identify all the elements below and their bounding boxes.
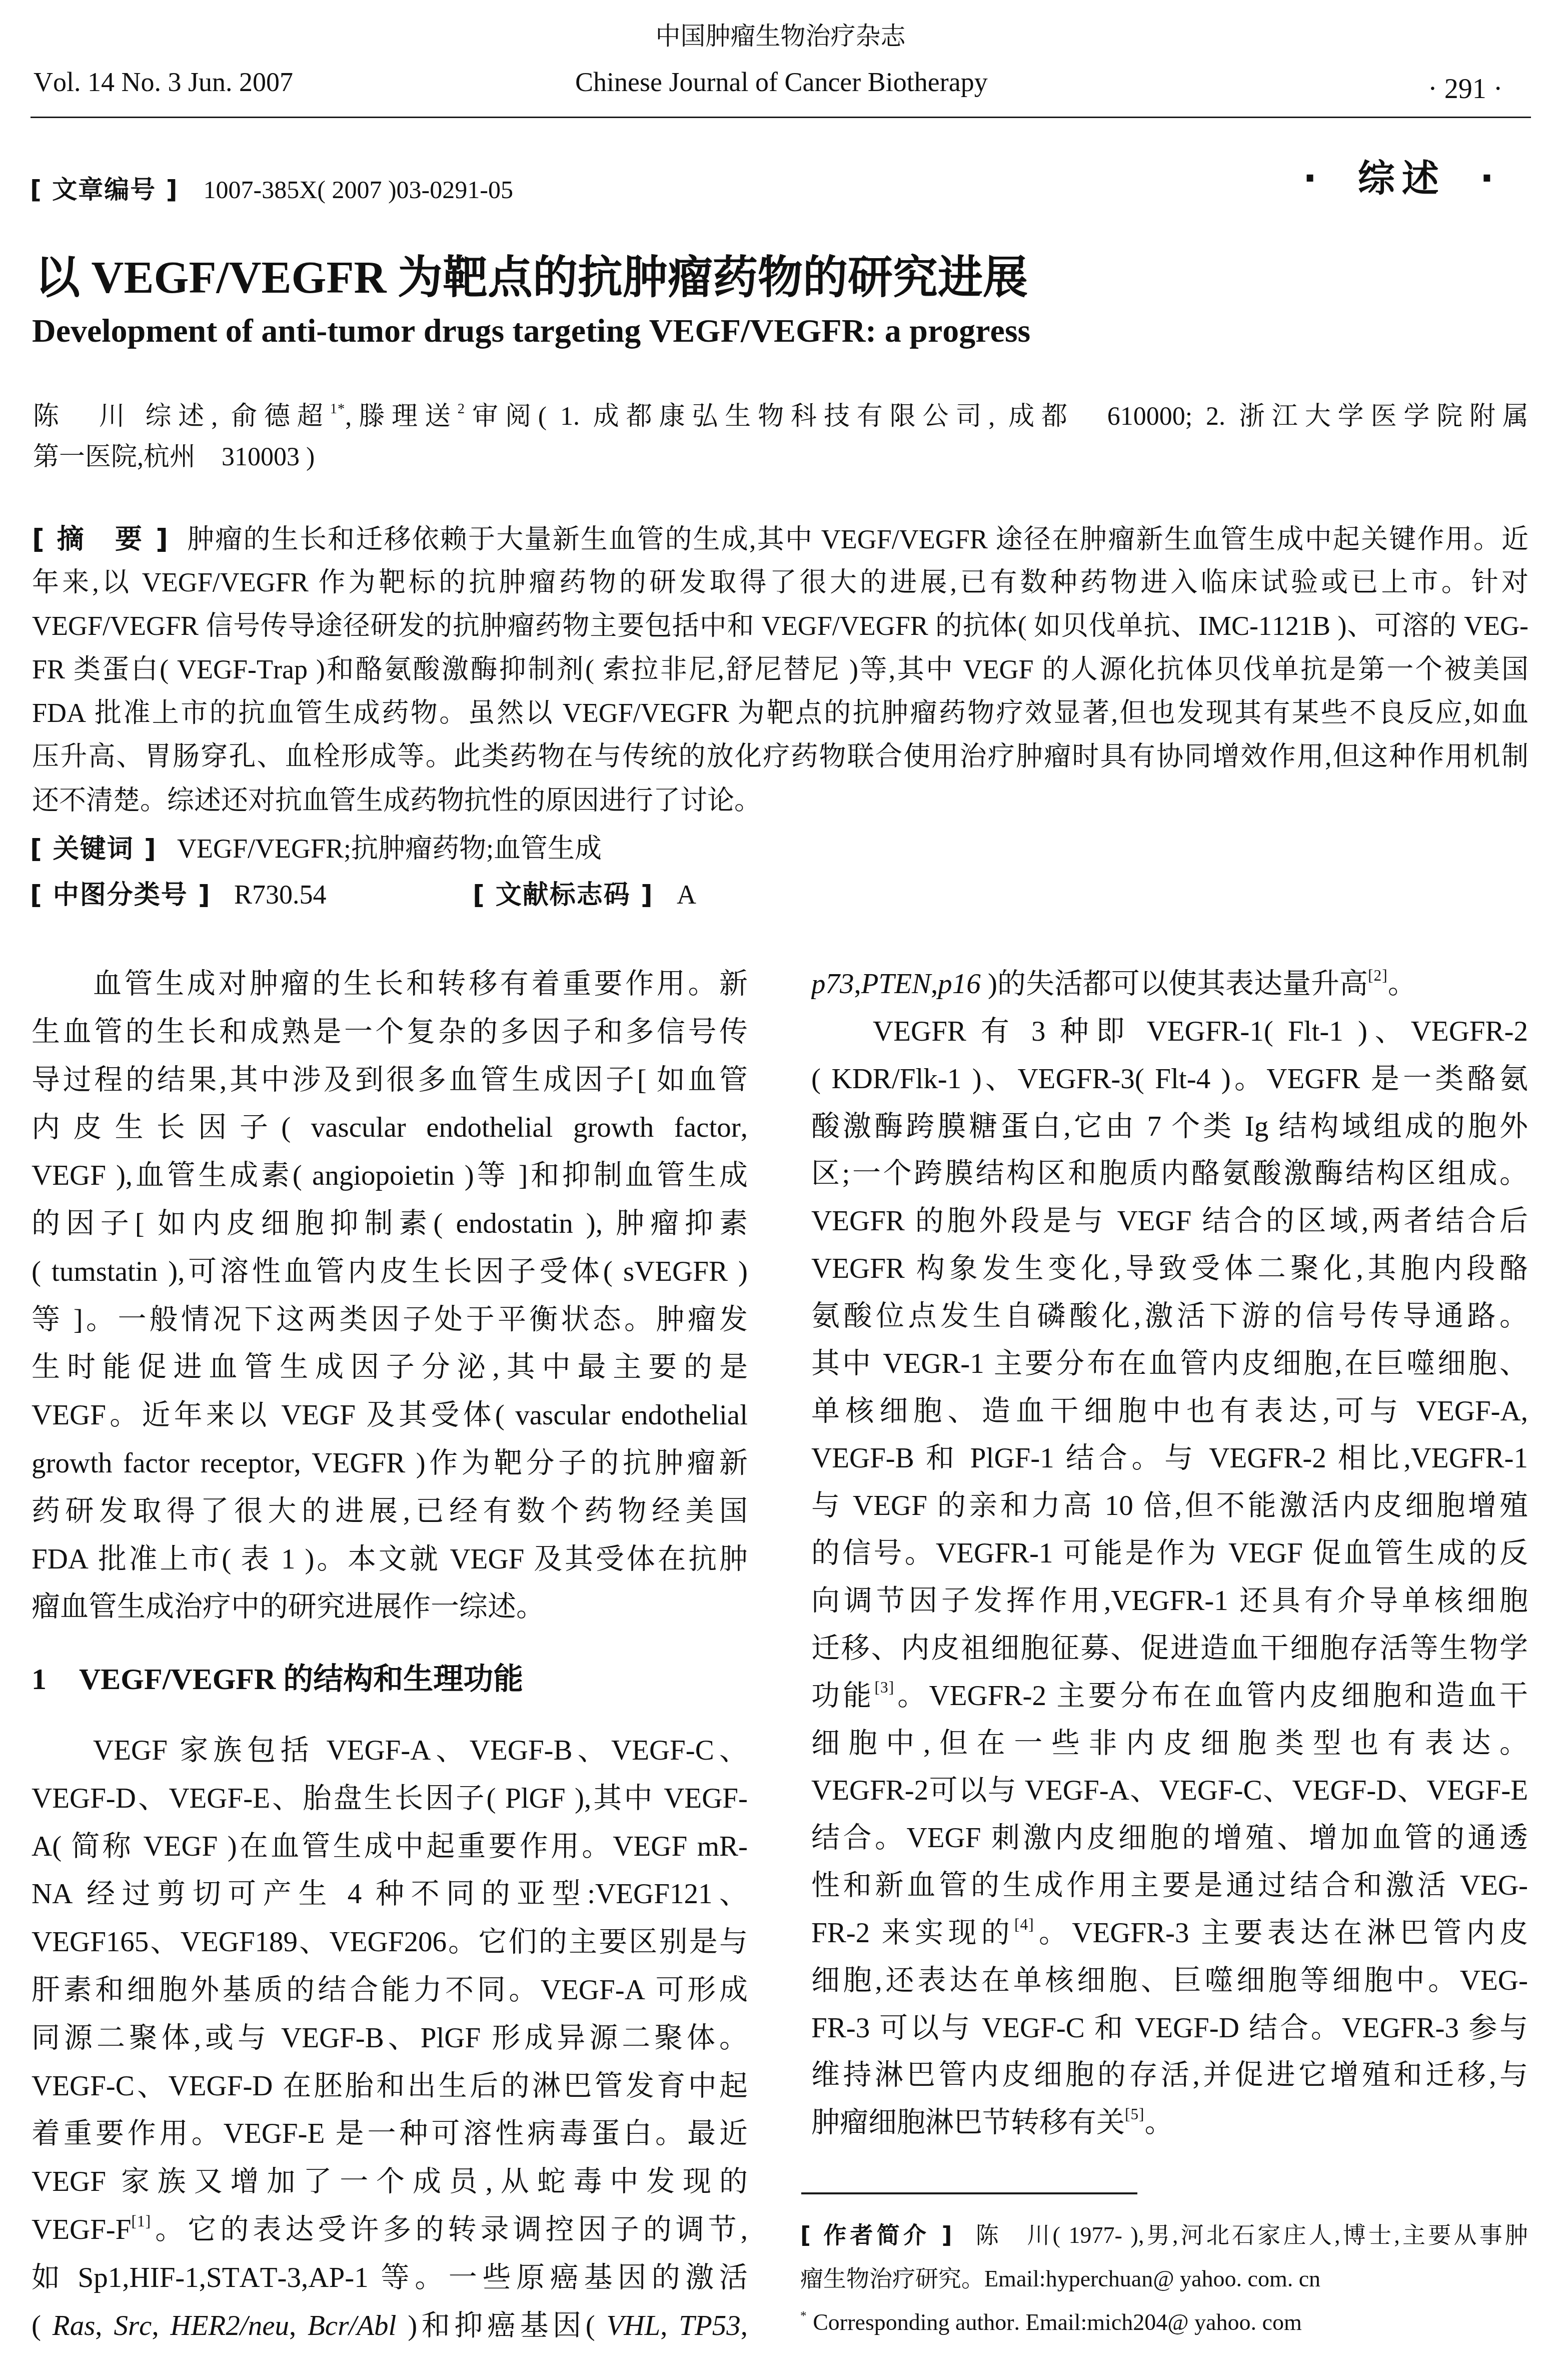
text-segment: 。 (1145, 2107, 1173, 2138)
article-number-value: 1007-385X( 2007 )03-0291-05 (204, 176, 513, 204)
gene-name: VHL (606, 2310, 660, 2341)
text-segment: , (152, 2310, 170, 2341)
text-segment: , (660, 2310, 679, 2341)
text-segment: 。VEGFR-3 主要表达在淋巴管内皮 (1034, 1917, 1528, 1949)
body-line: 与 VEGF 的亲和力高 10 倍,但不能激活内皮细胞增殖 (811, 1482, 1528, 1530)
author-line: 陈 川 综述, 俞德超1*,滕理送2审阅( 1. 成都康弘生物科技有限公司, 成… (33, 396, 1528, 437)
body-line: VEGF 家族又增加了一个成员,从蛇毒中发现的 (32, 2158, 748, 2206)
body-line: VEGF ),血管生成素( angiopoietin )等 ]和抑制血管生成 (32, 1152, 748, 1200)
text-segment: )的失活都可以使其表达量升高 (981, 968, 1368, 1000)
author-bio-label: [ 作者简介 ] (800, 2221, 953, 2248)
body-line: 同源二聚体,或与 VEGF-B、PlGF 形成异源二聚体。 (32, 2014, 748, 2062)
text-segment: FR-2 来实现的 (811, 1917, 1014, 1949)
body-left-paragraph-2: VEGF 家族包括 VEGF-A、VEGF-B、VEGF-C、 VEGF-D、V… (32, 1727, 748, 2349)
abstract-line: [ 摘 要 ]肿瘤的生长和迁移依赖于大量新生血管的生成,其中 VEGF/VEGF… (32, 517, 1528, 561)
author-affiliations: 陈 川 综述, 俞德超1*,滕理送2审阅( 1. 成都康弘生物科技有限公司, 成… (33, 396, 1528, 477)
body-line: 血管生成对肿瘤的生长和转移有着重要作用。新 (32, 960, 748, 1008)
author-text: ,滕理送 (345, 402, 458, 431)
abstract-line: 压升高、胃肠穿孔、血栓形成等。此类药物在与传统的放化疗药物联合使用治疗肿瘤时具有… (32, 735, 1528, 778)
body-line: FR-2 来实现的[4]。VEGFR-3 主要表达在淋巴管内皮 (811, 1910, 1528, 1957)
gene-name: Src (114, 2310, 152, 2341)
body-line: 维持淋巴管内皮细胞的存活,并促进它增殖和迁移,与 (811, 2052, 1528, 2099)
body-line: 着重要作用。VEGF-E 是一种可溶性病毒蛋白。最近 (32, 2110, 748, 2158)
body-line: 如 Sp1,HIF-1,STAT-3,AP-1 等。一些原癌基因的激活 (32, 2254, 748, 2302)
body-line: VEGF。近年来以 VEGF 及其受体( vascular endothelia… (32, 1391, 748, 1439)
classification: [ 中图分类号 ]R730.54[ 文献标志码 ]A (30, 872, 696, 918)
journal-name-en: Chinese Journal of Cancer Biotherapy (575, 67, 988, 97)
page-number: · 291 · (1428, 74, 1502, 104)
text-segment: 肿瘤细胞淋巴节转移有关 (811, 2107, 1125, 2138)
author-bio-text: 陈 川( 1977- ),男,河北石家庄人,博士,主要从事肿 (973, 2222, 1528, 2248)
body-line: VEGFR-2可以与 VEGF-A、VEGF-C、VEGF-D、VEGF-E (811, 1767, 1528, 1815)
body-line: VEGFR 的胞外段是与 VEGF 结合的区域,两者结合后 (811, 1198, 1528, 1245)
section-title: VEGF/VEGFR 的结构和生理功能 (79, 1663, 523, 1696)
citation-ref: [4] (1014, 1916, 1034, 1933)
body-left-paragraph-1: 血管生成对肿瘤的生长和转移有着重要作用。新 生血管的生长和成熟是一个复杂的多因子… (32, 960, 748, 1631)
body-line: VEGF-B 和 PlGF-1 结合。与 VEGFR-2 相比,VEGFR-1 (811, 1435, 1528, 1482)
abstract-text: 肿瘤的生长和迁移依赖于大量新生血管的生成,其中 VEGF/VEGFR 途径在肿瘤… (186, 524, 1528, 554)
body-line: VEGF-D、VEGF-E、胎盘生长因子( PlGF ),其中 VEGF- (32, 1775, 748, 1823)
body-line: 结合。VEGF 刺激内皮细胞的增殖、增加血管的通透 (811, 1815, 1528, 1862)
abstract-line: 年来,以 VEGF/VEGFR 作为靶标的抗肿瘤药物的研发取得了很大的进展,已有… (32, 561, 1528, 604)
gene-name: PTEN (861, 968, 931, 1000)
text-segment: , (741, 2310, 748, 2341)
abstract-line: FR 类蛋白( VEGF-Trap )和酪氨酸激酶抑制剂( 索拉非尼,舒尼替尼 … (32, 648, 1528, 691)
page-subtitle-en: Development of anti-tumor drugs targetin… (32, 311, 1030, 351)
clc-label: [ 中图分类号 ] (30, 873, 234, 918)
body-line: 其中 VEGR-1 主要分布在血管内皮细胞,在巨噬细胞、 (811, 1340, 1528, 1388)
body-line: VEGFR 有 3 种即 VEGFR-1( Flt-1 )、VEGFR-2 (811, 1008, 1528, 1056)
body-line: growth factor receptor, VEGFR )作为靶分子的抗肿瘤… (32, 1439, 748, 1487)
article-number-label: [ 文章编号 ] (30, 175, 179, 204)
body-right-column: p73,PTEN,p16 )的失活都可以使其表达量升高[2]。 VEGFR 有 … (811, 961, 1528, 2147)
body-line: 氨酸位点发生自磷酸化,激活下游的信号传导通路。 (811, 1293, 1528, 1340)
body-line: 肝素和细胞外基质的结合能力不同。VEGF-A 可形成 (32, 1966, 748, 2014)
body-line: 向调节因子发挥作用,VEGFR-1 还具有介导单核细胞 (811, 1577, 1528, 1625)
page-title: 以 VEGF/VEGFR 为靶点的抗肿瘤药物的研究进展 (35, 253, 1028, 303)
citation-ref: [2] (1368, 967, 1388, 984)
text-segment: VEGF-F (32, 2214, 132, 2245)
author-text: 陈 川 综述, 俞德超 (33, 402, 330, 431)
body-line: VEGF165、VEGF189、VEGF206。它们的主要区别是与 (32, 1918, 748, 1966)
body-line: VEGF-F[1]。它的表达受许多的转录调控因子的调节, (32, 2206, 748, 2254)
citation-ref: [5] (1125, 2105, 1145, 2123)
author-text: 审阅( 1. 成都康弘生物科技有限公司, 成都 610000; 2. 浙江大学医… (465, 402, 1528, 431)
footnote-line: [ 作者简介 ]陈 川( 1977- ),男,河北石家庄人,博士,主要从事肿 (800, 2213, 1528, 2257)
body-line: VEGF-C、VEGF-D 在胚胎和出生后的淋巴管发育中起 (32, 2062, 748, 2110)
body-line: 内皮生长因子( vascular endothelial growth fact… (32, 1104, 748, 1152)
abstract-line: VEGF/VEGFR 信号传导途径研发的抗肿瘤药物主要包括中和 VEGF/VEG… (32, 604, 1528, 648)
text-segment: , (854, 968, 861, 1000)
doc-code-value: A (677, 880, 696, 910)
body-line: ( Ras, Src, HER2/neu, Bcr/Abl )和抑癌基因( VH… (32, 2302, 748, 2350)
clc-value: R730.54 (234, 872, 473, 917)
gene-name: p73 (811, 968, 854, 1000)
body-line: 的因子[ 如内皮细胞抑制素( endostatin ), 肿瘤抑素 (32, 1200, 748, 1248)
gene-name: TP53 (679, 2310, 741, 2341)
body-line: 生血管的生长和成熟是一个复杂的多因子和多信号传 (32, 1008, 748, 1056)
corresponding-mark: * (800, 2309, 807, 2323)
body-line: 功能[3]。VEGFR-2 主要分布在血管内皮细胞和造血干 (811, 1673, 1528, 1720)
keywords-label: [ 关键词 ] (30, 827, 177, 872)
body-line: 肿瘤细胞淋巴节转移有关[5]。 (811, 2099, 1528, 2147)
gene-name: HER2/neu (171, 2310, 289, 2341)
citation-ref: [3] (875, 1679, 895, 1696)
text-segment: , (931, 968, 938, 1000)
gene-name: Bcr/Abl (308, 2310, 396, 2341)
footnotes: [ 作者简介 ]陈 川( 1977- ),男,河北石家庄人,博士,主要从事肿 瘤… (800, 2213, 1528, 2344)
body-line: NA 经过剪切可产生 4 种不同的亚型:VEGF121、 (32, 1870, 748, 1918)
body-line: VEGF 家族包括 VEGF-A、VEGF-B、VEGF-C、 (32, 1727, 748, 1775)
keywords: [ 关键词 ]VEGF/VEGFR;抗肿瘤药物;血管生成 (30, 826, 602, 872)
body-line: FR-3 可以与 VEGF-C 和 VEGF-D 结合。VEGFR-3 参与 (811, 2005, 1528, 2052)
section-number: 1 (32, 1655, 79, 1703)
body-line: 生时能促进血管生成因子分泌,其中最主要的是 (32, 1343, 748, 1391)
column-tag: · 综述 · (1303, 156, 1501, 201)
body-line: 迁移、内皮祖细胞征募、促进造血干细胞存活等生物学 (811, 1625, 1528, 1673)
body-line: A( 简称 VEGF )在血管生成中起重要作用。VEGF mR- (32, 1823, 748, 1871)
section-heading: 1VEGF/VEGFR 的结构和生理功能 (32, 1655, 523, 1703)
body-line: p73,PTEN,p16 )的失活都可以使其表达量升高[2]。 (811, 961, 1528, 1008)
abstract-line: FDA 批准上市的抗血管生成药物。虽然以 VEGF/VEGFR 为靶点的抗肿瘤药… (32, 691, 1528, 735)
journal-name-cn: 中国肿瘤生物治疗杂志 (0, 21, 1561, 51)
text-segment: 。 (1388, 968, 1416, 1000)
footnote-rule (801, 2192, 1137, 2194)
text-segment: 功能 (811, 1680, 875, 1712)
doc-code-label: [ 文献标志码 ] (473, 873, 677, 918)
corresponding-author-text: Corresponding author. Email:mich204@ yah… (807, 2309, 1302, 2335)
body-line: 性和新血管的生成作用主要是通过结合和激活 VEG- (811, 1862, 1528, 1910)
gene-name: Ras (53, 2310, 96, 2341)
body-line: ( KDR/Flk-1 )、VEGFR-3( Flt-4 )。VEGFR 是一类… (811, 1056, 1528, 1103)
body-line: 区;一个跨膜结构区和胞质内酪氨酸激酶结构区组成。 (811, 1150, 1528, 1198)
body-line: VEGFR 构象发生变化,导致受体二聚化,其胞内段酪 (811, 1245, 1528, 1293)
author-line: 第一医院,杭州 310003 ) (33, 437, 1528, 477)
body-line: 细胞中,但在一些非内皮细胞类型也有表达。 (811, 1720, 1528, 1768)
body-line: 单核细胞、造血干细胞中也有表达,可与 VEGF-A, (811, 1388, 1528, 1435)
text-segment: , (95, 2310, 114, 2341)
text-segment: 。它的表达受许多的转录调控因子的调节, (151, 2214, 748, 2245)
affiliation-mark: 2 (458, 401, 465, 417)
footnote-line: 瘤生物治疗研究。Email:hyperchuan@ yahoo. com. cn (800, 2257, 1528, 2300)
affiliation-mark: 1* (330, 401, 346, 417)
gene-name: p16 (938, 968, 981, 1000)
abstract-line: 还不清楚。综述还对抗血管生成药物抗性的原因进行了讨论。 (32, 779, 1528, 823)
body-line: 导过程的结果,其中涉及到很多血管生成因子[ 如血管 (32, 1056, 748, 1104)
body-line: 的信号。VEGFR-1 可能是作为 VEGF 促血管生成的反 (811, 1530, 1528, 1577)
citation-ref: [1] (132, 2212, 152, 2230)
text-segment: 。VEGFR-2 主要分布在血管内皮细胞和造血干 (894, 1680, 1528, 1712)
body-line: 药研发取得了很大的进展,已经有数个药物经美国 (32, 1487, 748, 1535)
body-line: FDA 批准上市( 表 1 )。本文就 VEGF 及其受体在抗肿 (32, 1535, 748, 1583)
text-segment: ( (32, 2310, 53, 2341)
body-line: 酸激酶跨膜糖蛋白,它由 7 个类 Ig 结构域组成的胞外 (811, 1103, 1528, 1151)
journal-page: 中国肿瘤生物治疗杂志 Vol. 14 No. 3 Jun. 2007 Chine… (0, 0, 1561, 2380)
abstract: [ 摘 要 ]肿瘤的生长和迁移依赖于大量新生血管的生成,其中 VEGF/VEGF… (32, 517, 1528, 823)
text-segment: , (289, 2310, 308, 2341)
keywords-value: VEGF/VEGFR;抗肿瘤药物;血管生成 (177, 834, 602, 864)
abstract-label: [ 摘 要 ] (32, 523, 169, 555)
article-number: [ 文章编号 ]1007-385X( 2007 )03-0291-05 (30, 172, 513, 207)
text-segment: )和抑癌基因( (396, 2310, 606, 2341)
body-line: 细胞,还表达在单核细胞、巨噬细胞等细胞中。VEG- (811, 1957, 1528, 2005)
body-line: ( tumstatin ),可溶性血管内皮生长因子受体( sVEGFR ) (32, 1248, 748, 1296)
body-line: 等 ]。一般情况下这两类因子处于平衡状态。肿瘤发 (32, 1296, 748, 1344)
body-line: 瘤血管生成治疗中的研究进展作一综述。 (32, 1583, 748, 1631)
header-rule (31, 117, 1531, 118)
footnote-line: * Corresponding author. Email:mich204@ y… (800, 2300, 1528, 2344)
volume-issue: Vol. 14 No. 3 Jun. 2007 (34, 67, 293, 97)
